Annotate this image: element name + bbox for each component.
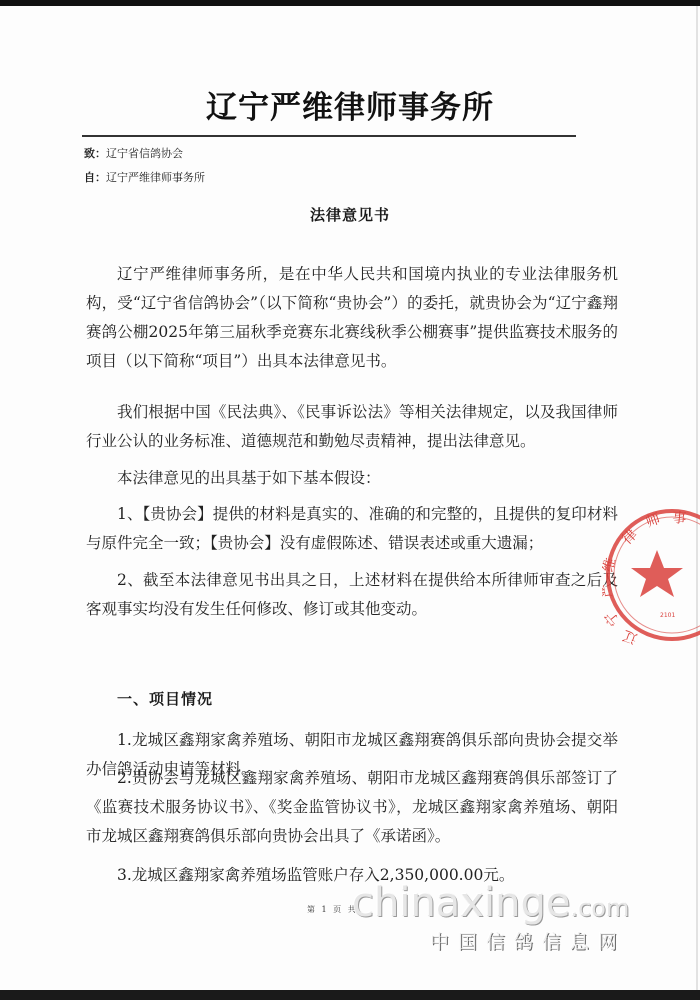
letterhead-title: 辽宁严维律师事务所 <box>0 82 700 127</box>
page-number: 第 1 页 共 <box>307 904 358 915</box>
sender-line: 自：辽宁严维律师事务所 <box>84 169 205 185</box>
assumption-1: 1、【贵协会】提供的材料是真实的、准确的和完整的，且提供的复印材料与原件完全一致… <box>86 500 618 558</box>
top-scan-border <box>0 0 700 6</box>
watermark-domain-main: chinaxinge <box>352 880 570 926</box>
letterhead-rule <box>82 135 576 137</box>
assumptions-intro: 本法律意见的出具基于如下基本假设： <box>86 464 618 493</box>
watermark-domain-tld: .com <box>570 894 629 922</box>
right-page-edge <box>696 6 698 990</box>
document-title: 法律意见书 <box>0 204 700 225</box>
project-item-2: 2.贵协会与龙城区鑫翔家禽养殖场、朝阳市龙城区鑫翔赛鸽俱乐部签订了《监赛技术服务… <box>86 764 618 851</box>
watermark-subtitle: 中国信鸽信息网 <box>430 927 626 954</box>
svg-text:严: 严 <box>602 583 616 600</box>
svg-text:2101: 2101 <box>660 612 675 619</box>
svg-text:事: 事 <box>672 509 687 527</box>
recipient-label: 致： <box>84 147 106 160</box>
svg-text:维: 维 <box>602 556 619 574</box>
bottom-scan-border <box>0 990 700 1000</box>
intro-paragraph: 辽宁严维律师事务所，是在中华人民共和国境内执业的专业法律服务机构，受“辽宁省信鸽… <box>86 260 618 376</box>
section-heading-project: 一、项目情况 <box>117 688 213 709</box>
recipient-line: 致：辽宁省信鸽协会 <box>84 145 183 161</box>
assumption-2: 2、截至本法律意见书出具之日，上述材料在提供给本所律师审查之后及客观事实均没有发… <box>86 566 618 624</box>
sender-value: 辽宁严维律师事务所 <box>106 171 205 184</box>
recipient-value: 辽宁省信鸽协会 <box>106 147 183 160</box>
legal-basis-paragraph: 我们根据中国《民法典》、《民事诉讼法》等相关法律规定，以及我国律师行业公认的业务… <box>86 398 618 456</box>
watermark-domain: chinaxinge.com <box>352 880 629 926</box>
sender-label: 自： <box>84 171 106 184</box>
law-firm-seal-icon: 律 师 事 维 严 宁 辽 2101 <box>602 505 700 645</box>
